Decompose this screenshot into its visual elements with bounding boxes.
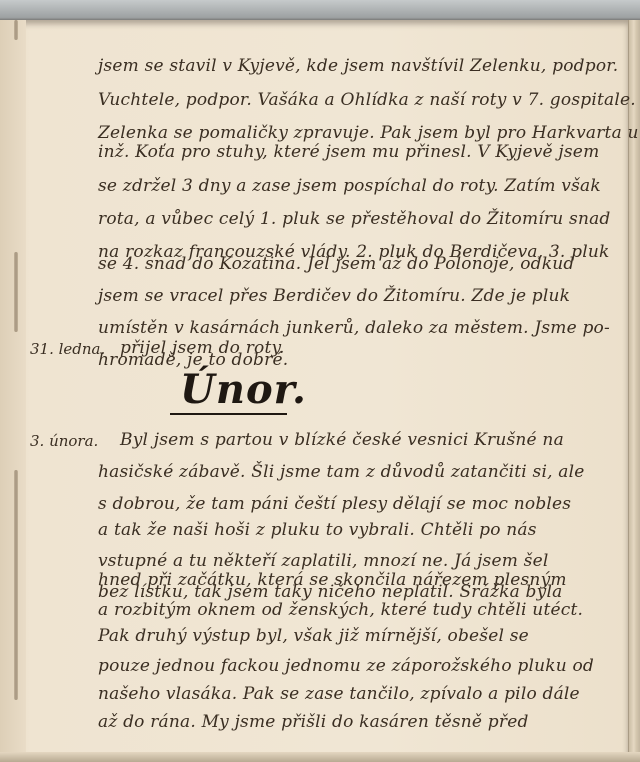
text-line: se 4. snad do Kozatina. Jel jsem až do P… xyxy=(98,254,575,274)
binding-stitch xyxy=(14,470,18,700)
scan-background-top xyxy=(0,0,640,22)
heading-underline xyxy=(170,413,287,415)
text-line: Pak druhý výstup byl, však již mírnější,… xyxy=(98,626,529,646)
text-line: inž. Koťa pro stuhy, které jsem mu přine… xyxy=(98,142,599,162)
binding-stitch xyxy=(14,252,18,332)
entry-date: 31. ledna. xyxy=(30,340,105,358)
text-line: jsem se stavil v Kyjevě, kde jsem navští… xyxy=(98,56,618,76)
text-line: Vuchtele, podpor. Vašáka a Ohlídka z naš… xyxy=(98,90,636,110)
text-line: jsem se vracel přes Berdičev do Žitomíru… xyxy=(98,286,570,306)
text-line: hasičské zábavě. Šli jsme tam z důvodů z… xyxy=(98,462,585,482)
entry-date: 3. února. xyxy=(30,432,98,450)
text-line: umístěn v kasárnách junkerů, daleko za m… xyxy=(98,318,610,338)
text-line: se zdržel 3 dny a zase jsem pospíchal do… xyxy=(98,176,601,196)
text-line: a rozbitým oknem od ženských, které tudy… xyxy=(98,600,583,620)
month-heading: Únor. xyxy=(180,366,307,413)
text-line: s dobrou, že tam páni čeští plesy dělají… xyxy=(98,494,571,514)
text-line: Byl jsem s partou v blízké české vesnici… xyxy=(120,430,564,450)
text-line: až do rána. My jsme přišli do kasáren tě… xyxy=(98,712,529,732)
text-line: a tak že naši hoši z pluku to vybrali. C… xyxy=(98,520,537,540)
page-gutter xyxy=(0,20,26,762)
text-line: hned při začátku, která se skončila náře… xyxy=(98,570,567,590)
text-line: vstupné a tu někteří zaplatili, mnozí ne… xyxy=(98,551,548,571)
text-line: pouze jednou fackou jednomu ze záporožsk… xyxy=(98,656,594,676)
page-bottom-edge xyxy=(0,752,640,762)
text-line: Zelenka se pomaličky zpravuje. Pak jsem … xyxy=(98,123,639,143)
entry-text: přijel jsem do roty. xyxy=(120,338,285,358)
text-line: našeho vlasáka. Pak se zase tančilo, zpí… xyxy=(98,684,580,704)
binding-stitch xyxy=(14,20,18,40)
text-line: rota, a vůbec celý 1. pluk se přestěhova… xyxy=(98,209,611,229)
